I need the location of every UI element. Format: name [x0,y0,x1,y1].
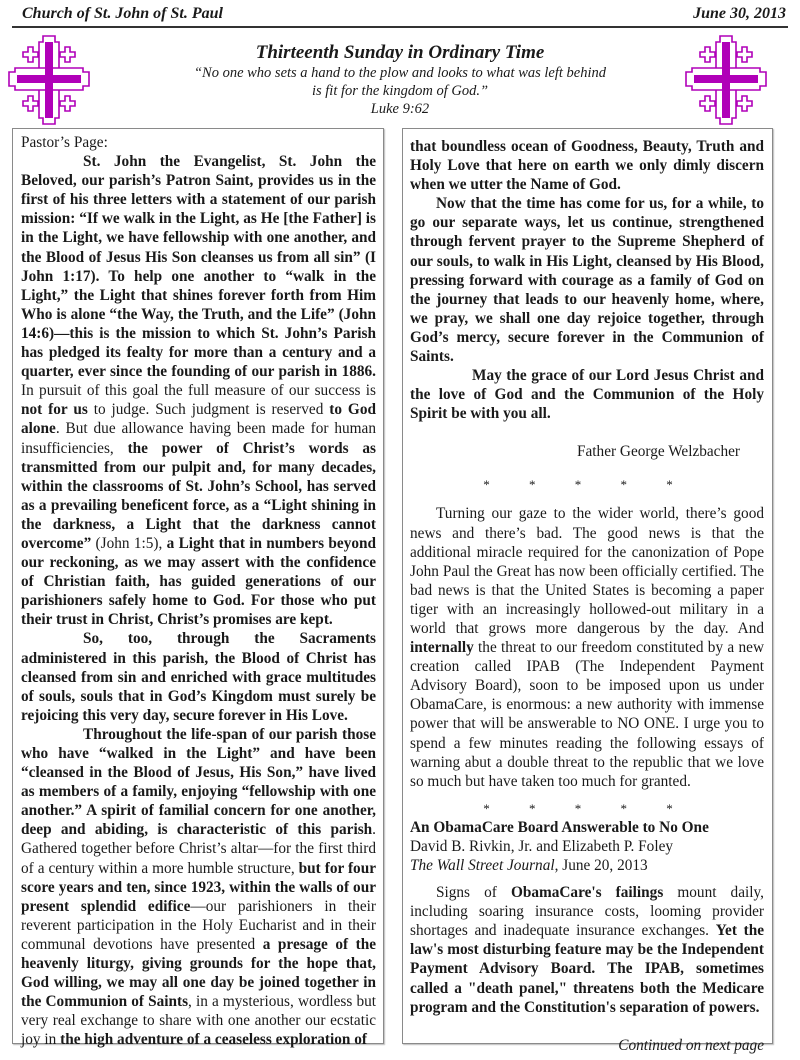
pastor-paragraph-1: St. John the Evangelist, St. John the Be… [21,152,376,629]
text-run: internally [410,639,474,656]
publication-date: , June 20, 2013 [555,857,648,874]
text-run: the threat to our freedom constituted by… [410,639,764,790]
bulletin-date: June 30, 2013 [693,5,786,23]
liturgical-heading: Thirteenth Sunday in Ordinary Time “No o… [130,42,670,118]
publication-name: The Wall Street Journal [410,857,555,874]
continued-note: Continued on next page [410,1037,764,1055]
scripture-quote-line2: is fit for the kingdom of God.” [130,82,670,100]
right-column-box: that boundless ocean of Goodness, Beauty… [402,128,773,1044]
pastors-page-label: Pastor’s Page: [21,133,376,152]
text-run: Turning our gaze to the wider world, the… [410,505,764,637]
text-run: not for us [21,401,88,418]
section-separator: * * * * * [410,475,764,494]
text-run: the high adventure of a ceaseless explor… [60,1031,367,1048]
text-run: to judge. Such judgment is reserved [88,401,329,418]
text-run: In pursuit of this goal the full measure… [21,382,376,399]
left-column-box: Pastor’s Page: St. John the Evangelist, … [12,128,384,1044]
text-run: (John 1:5), [91,535,166,552]
jerusalem-cross-icon [7,34,91,126]
pastor-paragraph-4: Now that the time has come for us, for a… [410,194,764,366]
scripture-quote-line1: “No one who sets a hand to the plow and … [130,64,670,82]
pastor-paragraph-3: Throughout the life-span of our parish t… [21,725,376,1050]
pastor-signature: Father George Welzbacher [410,443,764,461]
page-header-bar: Church of St. John of St. Paul June 30, … [12,2,788,28]
text-run: Throughout the life-span of our parish t… [21,726,376,838]
text-run: ObamaCare's failings [511,884,663,901]
article-body: Signs of ObamaCare's failings mount dail… [410,883,764,1017]
text-run: Signs of [436,884,511,901]
article-source: The Wall Street Journal, June 20, 2013 [410,856,764,875]
pastor-paragraph-2: So, too, through the Sacraments administ… [21,629,376,724]
church-name: Church of St. John of St. Paul [22,5,223,23]
jerusalem-cross-icon [684,34,768,126]
sunday-title: Thirteenth Sunday in Ordinary Time [130,42,670,64]
article-authors: David B. Rivkin, Jr. and Elizabeth P. Fo… [410,837,764,856]
section-separator: * * * * * [410,799,764,818]
pastor-paragraph-3-continued: that boundless ocean of Goodness, Beauty… [410,137,764,194]
pastor-paragraph-5: May the grace of our Lord Jesus Christ a… [410,366,764,423]
scripture-citation: Luke 9:62 [130,100,670,118]
article-title: An ObamaCare Board Answerable to No One [410,818,764,837]
text-run: St. John the Evangelist, St. John the Be… [21,153,376,380]
world-news-paragraph: Turning our gaze to the wider world, the… [410,504,764,790]
